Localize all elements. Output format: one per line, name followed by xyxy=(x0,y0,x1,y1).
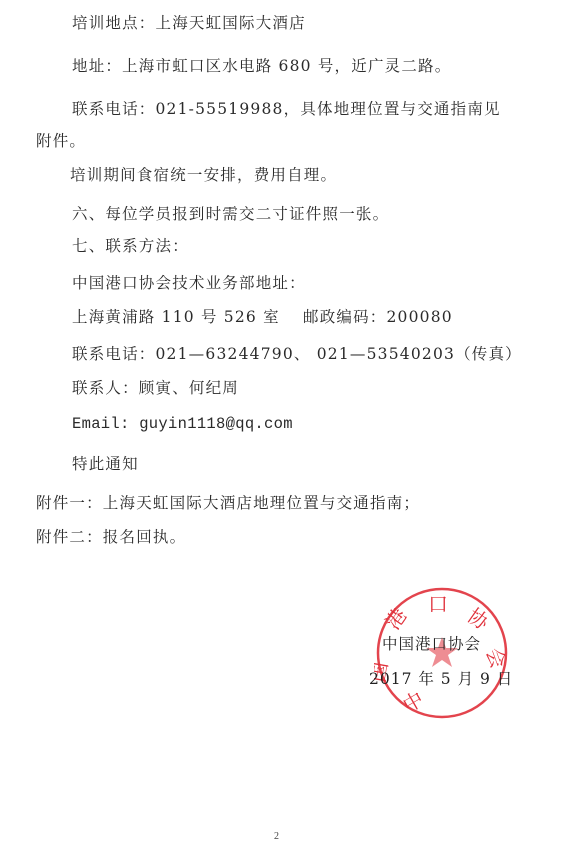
attachment-two: 附件二：报名回执。 xyxy=(36,527,186,547)
address: 地址：上海市虹口区水电路 680 号，近广灵二路。 xyxy=(72,56,451,76)
dept-address: 上海黄浦路 110 号 526 室 xyxy=(72,307,280,327)
svg-text:中: 中 xyxy=(399,687,428,718)
accommodation-note: 培训期间食宿统一安排，费用自理。 xyxy=(70,165,337,185)
svg-text:港: 港 xyxy=(380,604,411,634)
signature-date: 2017 年 5 月 9 日 xyxy=(369,667,513,689)
training-location: 培训地点：上海天虹国际大酒店 xyxy=(72,13,306,33)
postal-code: 邮政编码：200080 xyxy=(303,307,453,327)
attachment-one: 附件一：上海天虹国际大酒店地理位置与交通指南； xyxy=(36,493,420,513)
contact-phone: 联系电话：021—63244790、 021—53540203（传真） xyxy=(72,344,522,364)
closing-notice: 特此通知 xyxy=(72,454,139,474)
svg-text:口: 口 xyxy=(428,592,448,616)
hotel-phone: 联系电话：021-55519988，具体地理位置与交通指南见 xyxy=(72,99,501,119)
contact-persons: 联系人：顾寅、何纪周 xyxy=(72,378,239,398)
svg-text:协: 协 xyxy=(463,603,494,635)
dept-address-label: 中国港口协会技术业务部地址： xyxy=(72,273,306,293)
contact-email: Email: guyin1118@qq.com xyxy=(72,414,293,434)
signature-org: 中国港口协会 xyxy=(382,632,481,654)
hotel-phone-cont: 附件。 xyxy=(36,131,86,151)
item-six: 六、每位学员报到时需交二寸证件照一张。 xyxy=(72,204,389,224)
item-seven-heading: 七、联系方法： xyxy=(72,236,189,256)
page-number: 2 xyxy=(274,831,279,842)
